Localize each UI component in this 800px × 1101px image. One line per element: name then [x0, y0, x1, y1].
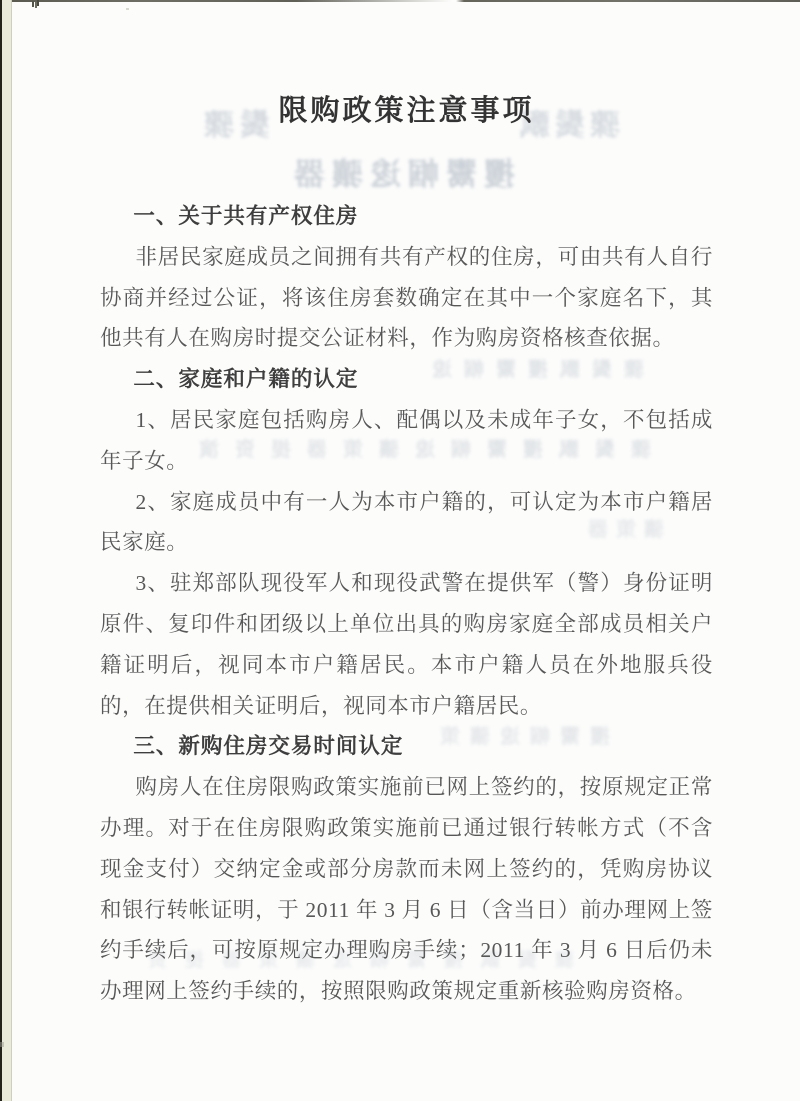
paragraph: 非居民家庭成员之间拥有共有产权的住房，可由共有人自行协商并经过公证，将该住房套数… — [100, 237, 713, 359]
document-content: 限购政策注意事项 一、关于共有产权住房 非居民家庭成员之间拥有共有产权的住房，可… — [100, 93, 713, 1012]
scan-edge-left-strip — [2, 0, 12, 1101]
title-spacer — [100, 129, 713, 196]
paragraph: 1、居民家庭包括购房人、配偶以及未成年子女，不包括成年子女。 — [100, 400, 713, 482]
paragraph: 购房人在住房限购政策实施前已网上签约的，按原规定正常办理。对于在住房限购政策实施… — [100, 767, 713, 1012]
paragraph: 3、驻郑部队现役军人和现役武警在提供军（警）身份证明原件、复印件和团级以上单位出… — [100, 563, 713, 726]
section-transaction-time: 三、新购住房交易时间认定 购房人在住房限购政策实施前已网上签约的，按原规定正常办… — [100, 726, 713, 1012]
section-heading-2: 二、家庭和户籍的认定 — [100, 359, 713, 400]
section-heading-1: 一、关于共有产权住房 — [100, 196, 713, 237]
scan-edge-top — [0, 0, 800, 2]
section-shared-ownership: 一、关于共有产权住房 非居民家庭成员之间拥有共有产权的住房，可由共有人自行协商并… — [100, 196, 713, 359]
scan-speck-top — [126, 8, 129, 10]
document-title: 限购政策注意事项 — [100, 93, 713, 129]
scanned-document-page: 鬓骤 骤鬓飘 攫鬻帼逡骧器 骤鬓飘攫鬻帼逡 骤鬓飘攫鬻帼逡骧策器提资演 骧策器 … — [0, 0, 800, 1101]
paragraph: 2、家庭成员中有一人为本市户籍的，可认定为本市户籍居民家庭。 — [100, 482, 713, 564]
section-family-household: 二、家庭和户籍的认定 1、居民家庭包括购房人、配偶以及未成年子女，不包括成年子女… — [100, 359, 713, 726]
section-heading-3: 三、新购住房交易时间认定 — [100, 726, 713, 767]
